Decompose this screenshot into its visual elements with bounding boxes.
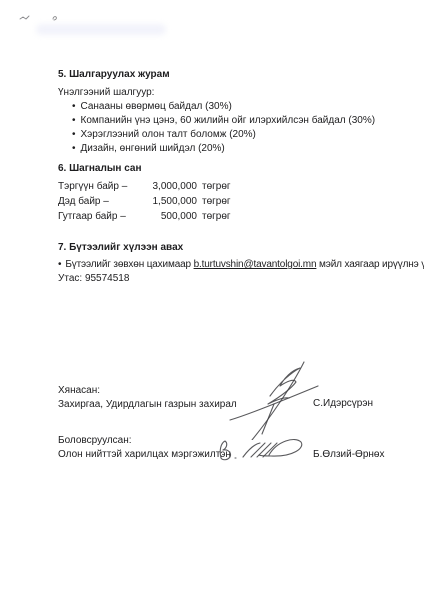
submission-prefix: Бүтээлийг зөвхөн цахимаар <box>65 259 193 270</box>
submission-email-text: b.turtuvshin@tavantolgoi.mn <box>194 259 317 270</box>
bullet-icon <box>72 101 81 112</box>
criteria-item: Хэрэглээний олон талт боломж (20%) <box>72 128 414 142</box>
criteria-text: Компанийн үнэ цэнэ, 60 жилийн ойг илэрхи… <box>81 115 376 126</box>
prize-label: Дэд байр – <box>58 194 136 209</box>
section5-intro: Үнэлгээний шалгуур: <box>58 86 414 100</box>
bullet-icon <box>72 115 81 126</box>
prepared-by-position: Олон нийттэй харилцах мэргэжилтэн <box>58 448 231 462</box>
section5-title: 5. Шалгаруулах журам <box>58 68 414 82</box>
criteria-text: Дизайн, өнгөний шийдэл (20%) <box>81 143 225 154</box>
prize-row: Гутгаар байр – 500,000 төгрөг <box>58 209 414 224</box>
signature-1-handwriting <box>226 356 326 440</box>
scan-speck-icon <box>51 14 59 22</box>
scan-smear <box>36 24 166 35</box>
reviewed-by-position: Захиргаа, Удирдлагын газрын захирал <box>58 398 237 412</box>
prepared-by-label: Боловсруулсан: <box>58 434 132 448</box>
prize-list: Тэргүүн байр – 3,000,000 төгрөг Дэд байр… <box>58 179 414 224</box>
prepared-by-name: Б.Өлзий-Өрнөх <box>313 448 384 462</box>
criteria-text: Санааны өвөрмөц байдал (30%) <box>81 101 232 112</box>
prize-label: Тэргүүн байр – <box>58 179 136 194</box>
criteria-list: Санааны өвөрмөц байдал (30%) Компанийн ү… <box>58 100 414 156</box>
criteria-text: Хэрэглээний олон талт боломж (20%) <box>81 129 256 140</box>
phone-line: Утас: 95574518 <box>58 272 414 286</box>
criteria-item: Санааны өвөрмөц байдал (30%) <box>72 100 414 114</box>
bullet-icon <box>72 129 81 140</box>
signature-2-handwriting <box>213 431 308 469</box>
prize-row: Тэргүүн байр – 3,000,000 төгрөг <box>58 179 414 194</box>
submission-suffix: мэйл хаягаар ирүүлнэ үү. <box>316 259 424 270</box>
prize-currency: төгрөг <box>202 194 414 209</box>
bullet-icon <box>72 143 81 154</box>
submission-instruction: Бүтээлийг зөвхөн цахимаар b.turtuvshin@t… <box>58 258 414 272</box>
criteria-item: Компанийн үнэ цэнэ, 60 жилийн ойг илэрхи… <box>72 114 414 128</box>
section7-title: 7. Бүтээлийг хүлээн авах <box>58 241 414 255</box>
prize-currency: төгрөг <box>202 209 414 224</box>
prize-label: Гутгаар байр – <box>58 209 136 224</box>
prize-amount: 1,500,000 <box>141 194 197 209</box>
criteria-item: Дизайн, өнгөний шийдэл (20%) <box>72 142 414 156</box>
prize-row: Дэд байр – 1,500,000 төгрөг <box>58 194 414 209</box>
section6-title: 6. Шагналын сан <box>58 162 414 176</box>
scan-speck-icon <box>19 14 31 22</box>
prize-amount: 500,000 <box>141 209 197 224</box>
document-body: 5. Шалгаруулах журам Үнэлгээний шалгуур:… <box>58 68 414 286</box>
reviewed-by-label: Хянасан: <box>58 384 100 398</box>
scanned-document-page: 5. Шалгаруулах журам Үнэлгээний шалгуур:… <box>0 0 424 600</box>
prize-currency: төгрөг <box>202 179 414 194</box>
prize-amount: 3,000,000 <box>141 179 197 194</box>
